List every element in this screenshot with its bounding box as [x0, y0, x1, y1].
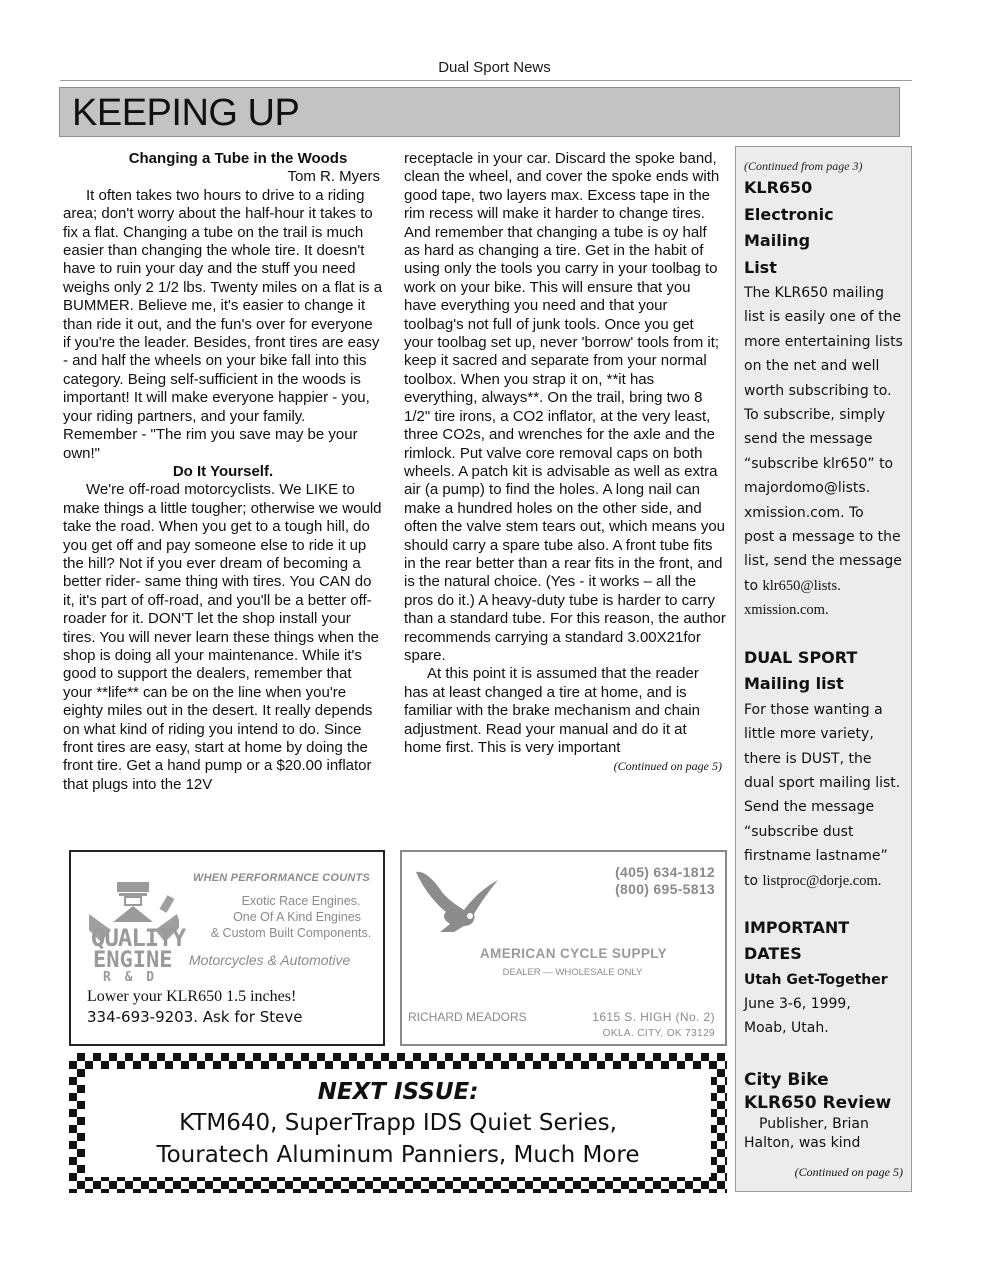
american-cycle-supply-ad: (405) 634-1812 (800) 695-5813 AMERICAN C… — [400, 850, 727, 1046]
text-line: on the net and well — [744, 354, 905, 378]
sidebar-heading: KLR650 — [744, 175, 905, 202]
text-line: To subscribe, simply — [744, 403, 905, 427]
section-banner: KEEPING UP — [59, 87, 900, 137]
next-issue-line: KTM640, SuperTrapp IDS Quiet Series, — [85, 1107, 711, 1139]
text-line: For those wanting a — [744, 698, 905, 722]
sidebar-text: The KLR650 mailing list is easily one of… — [744, 281, 905, 623]
ad-company-name: AMERICAN CYCLE SUPPLY — [402, 946, 725, 961]
event-name: Utah Get-Together — [744, 968, 905, 992]
ad-tagline: WHEN PERFORMANCE COUNTS — [193, 872, 370, 884]
event-place: Moab, Utah. — [744, 1016, 905, 1040]
running-head: Dual Sport News — [0, 59, 989, 76]
sidebar-heading: IMPORTANT — [744, 915, 905, 942]
ad-promo: Lower your KLR650 1.5 inches! — [87, 988, 296, 1006]
sidebar-heading: Electronic Mailing — [744, 202, 905, 255]
text-line: dual sport mailing list. — [744, 771, 905, 795]
text-line: xmission.com. To — [744, 501, 905, 525]
text-line: worth subscribing to. — [744, 379, 905, 403]
ad-address: 1615 S. HIGH (No. 2) — [592, 1010, 715, 1024]
article-paragraph: receptacle in your car. Discard the spok… — [404, 150, 726, 665]
klr650-email-link[interactable]: xmission.com. — [744, 598, 905, 622]
text-line: little more variety, — [744, 722, 905, 746]
continued-to-note: (Continued on page 5) — [744, 1165, 905, 1180]
article-column-2: receptacle in your car. Discard the spok… — [404, 150, 726, 775]
ad-line: Exotic Race Engines. — [201, 894, 401, 908]
text-line: Send the message — [744, 795, 905, 819]
ad-line: One Of A Kind Engines — [197, 910, 397, 924]
sidebar-heading: DUAL SPORT — [744, 645, 905, 672]
eagle-icon — [414, 866, 499, 936]
ad-phone: (405) 634-1812 — [615, 864, 715, 880]
sidebar-text: Publisher, Brian — [744, 1115, 905, 1134]
next-issue-content: NEXT ISSUE: KTM640, SuperTrapp IDS Quiet… — [85, 1069, 711, 1177]
sidebar-heading: DATES — [744, 941, 905, 968]
text-line: firstname lastname” — [744, 844, 905, 868]
text-line: The KLR650 mailing — [744, 281, 905, 305]
ad-specialty: Motorcycles & Automotive — [189, 952, 350, 968]
ad-contact-name: RICHARD MEADORS — [408, 1010, 527, 1024]
article-paragraph: We're off-road motorcyclists. We LIKE to… — [63, 481, 383, 794]
sidebar-text: Halton, was kind — [744, 1134, 905, 1153]
article-paragraph: At this point it is assumed that the rea… — [404, 665, 726, 757]
ad-dealer-note: DEALER — WHOLESALE ONLY — [402, 967, 725, 978]
ad-phone: 334-693-9203. Ask for Steve — [87, 1008, 302, 1026]
sidebar-heading: Mailing list — [744, 671, 905, 698]
next-issue-line: Touratech Aluminum Panniers, Much More — [85, 1139, 711, 1171]
article-byline: Tom R. Myers — [63, 168, 383, 186]
text-line: “subscribe dust — [744, 820, 905, 844]
text-line: to listproc@dorje.com. — [744, 869, 905, 893]
ad-phone: (800) 695-5813 — [615, 881, 715, 897]
header-rule — [60, 80, 912, 81]
text-fragment: to — [744, 873, 763, 889]
dust-email-link[interactable]: listproc@dorje.com. — [763, 873, 882, 889]
ad-line: & Custom Built Components. — [191, 926, 391, 940]
sidebar-box: (Continued from page 3) KLR650 Electroni… — [735, 146, 912, 1192]
next-issue-title: NEXT ISSUE: — [85, 1077, 711, 1107]
text-line: list is easily one of the — [744, 305, 905, 329]
logo-word-rd: R & D — [103, 970, 157, 985]
article-paragraph: It often takes two hours to drive to a r… — [63, 187, 383, 463]
text-line: to klr650@lists. — [744, 574, 905, 598]
sidebar-text: For those wanting a little more variety,… — [744, 698, 905, 893]
article-column-1: Changing a Tube in the Woods Tom R. Myer… — [63, 150, 383, 794]
section-title: KEEPING UP — [72, 90, 299, 136]
ad-city: OKLA. CITY, OK 73129 — [603, 1028, 715, 1039]
email-link-part[interactable]: majordomo@lists. — [744, 476, 905, 500]
text-line: post a message to the — [744, 525, 905, 549]
article-subhead: Do It Yourself. — [63, 463, 383, 481]
text-line: there is DUST, the — [744, 747, 905, 771]
sidebar-heading: KLR650 Review — [744, 1092, 905, 1115]
article-title: Changing a Tube in the Woods — [63, 150, 383, 168]
quality-engine-ad: QUALITY ENGINE R & D WHEN PERFORMANCE CO… — [69, 850, 385, 1046]
next-issue-box: NEXT ISSUE: KTM640, SuperTrapp IDS Quiet… — [69, 1053, 727, 1193]
text-line: “subscribe klr650” to — [744, 452, 905, 476]
text-line: list, send the message — [744, 549, 905, 573]
sidebar-heading: List — [744, 255, 905, 282]
event-date: June 3-6, 1999, — [744, 992, 905, 1016]
text-line: send the message — [744, 427, 905, 451]
text-line: more entertaining lists — [744, 330, 905, 354]
continued-from-note: (Continued from page 3) — [744, 157, 905, 175]
continued-note: (Continued on page 5) — [404, 757, 726, 775]
klr650-email-link[interactable]: klr650@lists. — [763, 578, 841, 594]
sidebar-heading: City Bike — [744, 1069, 905, 1092]
text-fragment: to — [744, 578, 763, 594]
